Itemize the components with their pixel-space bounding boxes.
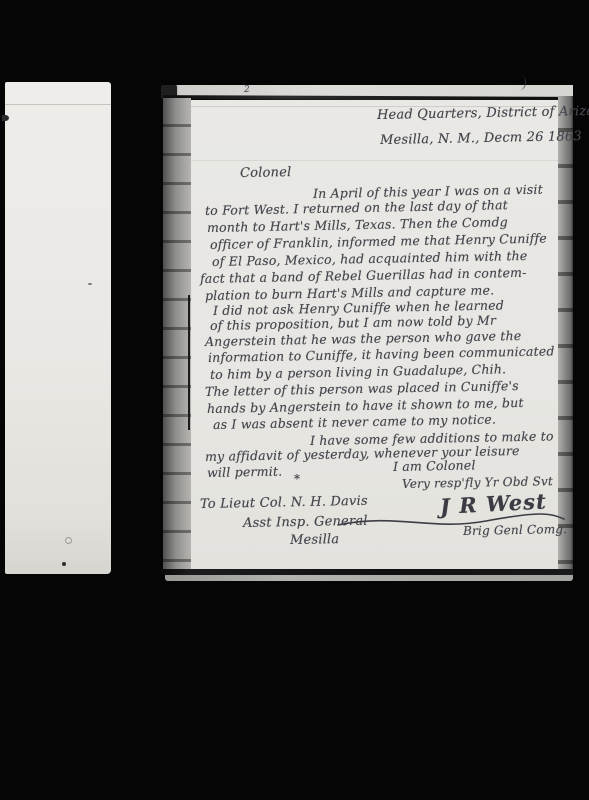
page-bottom-band [165, 575, 573, 581]
page-gutter-left [163, 98, 191, 574]
faint-rule-line [5, 104, 111, 105]
paper-speck [65, 537, 72, 544]
letter-page [163, 85, 573, 581]
scanned-letter-photo: 2 Head Quarters, District of Arizona, Me… [0, 0, 589, 800]
adjacent-blank-page [5, 82, 111, 574]
paper-speck [2, 115, 9, 121]
faint-rule-line [191, 106, 558, 107]
letter-paper [191, 100, 558, 569]
paper-speck [88, 283, 92, 285]
faint-rule-line [191, 160, 558, 161]
paper-speck [62, 562, 66, 566]
gutter-crease-line [188, 295, 190, 430]
page-stack-edge-right [558, 96, 573, 574]
